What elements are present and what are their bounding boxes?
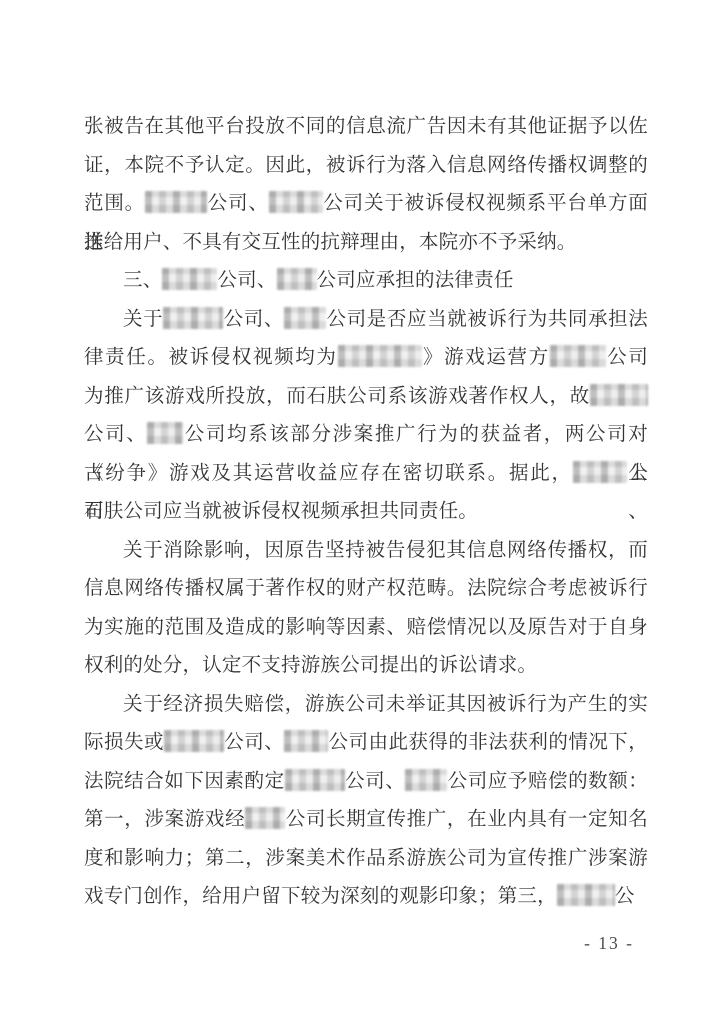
text-segment: 张被告在其他平台投放不同的信息流广告因未有其他证据予以佐 [84,116,648,137]
text-line: 为实施的范围及造成的影响等因素、赔偿情况以及原告对于自身 [84,609,648,648]
text-line: 信息网络传播权属于著作权的财产权范畴。法院综合考虑被诉行 [84,570,648,609]
text-line: 关于经济损失赔偿，游族公司未举证其因被诉行为产生的实 [84,686,648,725]
text-segment: 石肤公司应当就被诉侵权视频承担共同责任。 [84,501,478,522]
text-segment: 公司应予赔偿的数额： [447,771,648,792]
text-segment: 古纷争》游戏及其运营收益应存在密切联系。据此， [84,463,573,484]
text-line: 三、公司、公司应承担的法律责任 [84,262,648,301]
text-segment: 证，本院不予认定。因此，被诉行为落入信息网络传播权调整的 [84,155,648,176]
redaction-blur [145,191,207,213]
text-segment: 公司、 [84,424,147,445]
text-segment: 为实施的范围及造成的影响等因素、赔偿情况以及原告对于自身 [84,617,648,638]
text-segment: 戏专门创作，给用户留下较为深刻的观影印象；第三， [84,886,557,907]
text-segment: 法院结合如下因素酌定 [84,771,285,792]
text-segment: 信息网络传播权属于著作权的财产权范畴。法院综合考虑被诉行 [84,578,648,599]
text-segment: 关于 [123,309,163,330]
redaction-blur [550,345,606,367]
text-segment: 权利的处分，认定不支持游族公司提出的诉讼请求。 [84,655,537,676]
text-line: 范围。公司、公司关于被诉侵权视频系平台单方面推 [84,185,648,224]
text-line: 公司、公司均系该部分涉案推广行为的获益者，两公司对《上 [84,416,648,455]
text-segment: 》游戏运营方 [422,347,550,368]
redaction-blur [590,384,648,406]
text-segment: 律责任。被诉侵权视频均为 [84,347,338,368]
text-line: 张被告在其他平台投放不同的信息流广告因未有其他证据予以佐 [84,108,648,147]
text-line: 度和影响力；第二，涉案美术作品系游族公司为宣传推广涉案游 [84,840,648,879]
text-line: 权利的处分，认定不支持游族公司提出的诉讼请求。 [84,647,648,686]
text-line: 际损失或公司、公司由此获得的非法获利的情况下， [84,724,648,763]
redaction-blur [573,461,627,483]
redaction-blur [245,807,285,829]
text-segment: 公司、 [345,771,406,792]
text-line: 关于消除影响，因原告坚持被告侵犯其信息网络传播权，而 [84,532,648,571]
redaction-blur [147,422,183,444]
redaction-blur [338,345,422,367]
redaction-blur [405,769,447,791]
text-segment: 公 [615,886,635,907]
text-line: 律责任。被诉侵权视频均为》游戏运营方公司 [84,339,648,378]
redaction-blur [284,307,326,329]
text-line: 法院结合如下因素酌定公司、公司应予赔偿的数额： [84,763,648,802]
text-segment: 公司由此获得的非法获利的情况下， [328,732,648,753]
text-segment: 公司、 [217,270,276,291]
text-segment: 公司长期宣传推广，在业内具有一定知名 [285,809,648,830]
text-segment: 送给用户、不具有交互性的抗辩理由，本院亦不予采纳。 [84,232,577,253]
redaction-blur [269,191,323,213]
text-line: 戏专门创作，给用户留下较为深刻的观影印象；第三，公 [84,878,648,917]
redaction-blur [162,268,217,290]
text-segment: 公司 [606,347,648,368]
text-line: 证，本院不予认定。因此，被诉行为落入信息网络传播权调整的 [84,147,648,186]
text-segment: 三、 [123,270,162,291]
redaction-blur [164,730,224,752]
text-line: 古纷争》游戏及其运营收益应存在密切联系。据此，公司、 [84,455,648,494]
text-segment: 公司是否应当就被诉行为共同承担法 [326,309,648,330]
redaction-blur [284,730,328,752]
redaction-blur [163,307,223,329]
text-segment: 公司、 [223,309,284,330]
text-line: 送给用户、不具有交互性的抗辩理由，本院亦不予采纳。 [84,224,648,263]
text-line: 为推广该游戏所投放，而石肤公司系该游戏著作权人，故 [84,378,648,417]
text-segment: 关于经济损失赔偿，游族公司未举证其因被诉行为产生的实 [123,694,648,715]
text-segment: 为推广该游戏所投放，而石肤公司系该游戏著作权人，故 [84,386,590,407]
text-segment: 公司应承担的法律责任 [317,270,514,291]
text-segment: 公司、 [207,193,269,214]
text-line: 第一，涉案游戏经公司长期宣传推广，在业内具有一定知名 [84,801,648,840]
text-segment: 第一，涉案游戏经 [84,809,245,830]
text-line: 关于公司、公司是否应当就被诉行为共同承担法 [84,301,648,340]
text-segment: 际损失或 [84,732,164,753]
text-line: 石肤公司应当就被诉侵权视频承担共同责任。 [84,493,648,532]
text-segment: 公司、 [224,732,284,753]
page-number: - 13 - [584,933,634,954]
redaction-blur [277,268,317,290]
text-segment: 范围。 [84,193,145,214]
text-segment: 关于消除影响，因原告坚持被告侵犯其信息网络传播权，而 [123,540,648,561]
redaction-blur [557,884,615,906]
document-page: 张被告在其他平台投放不同的信息流广告因未有其他证据予以佐证，本院不予认定。因此，… [0,0,724,1024]
redaction-blur [285,769,345,791]
text-segment: 度和影响力；第二，涉案美术作品系游族公司为宣传推广涉案游 [84,848,648,869]
